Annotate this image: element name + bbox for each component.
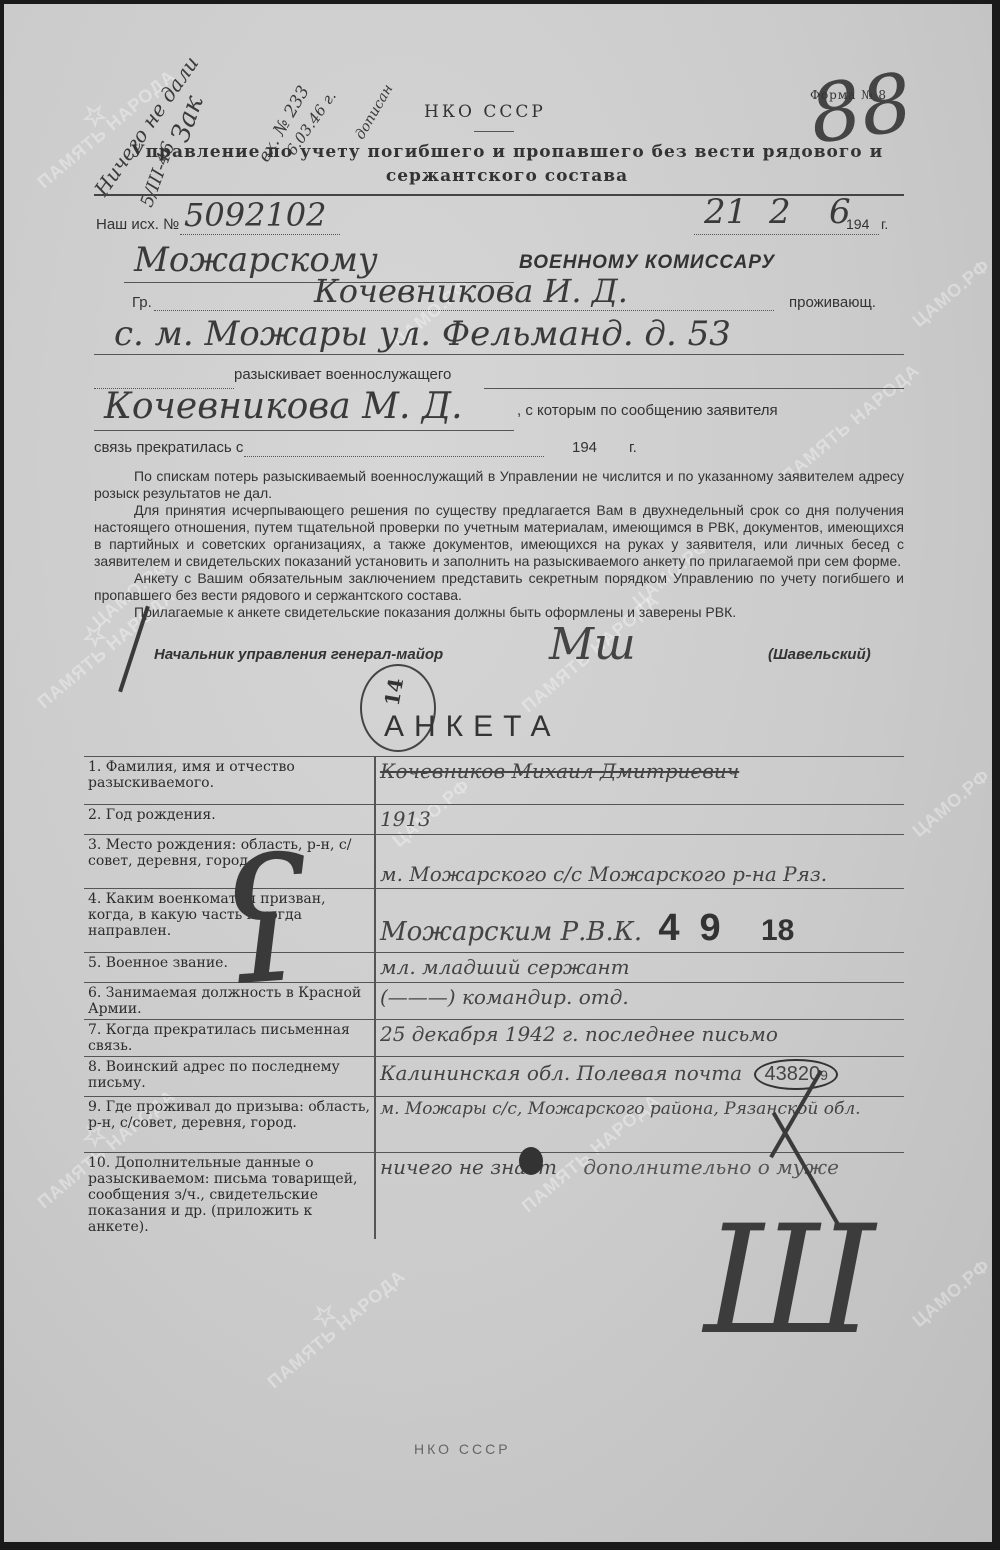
table-row: 6. Занимаемая должность в Красной Армии.… xyxy=(84,983,904,1020)
anketa-title: АНКЕТА xyxy=(384,710,561,744)
table-row: 5. Военное звание. мл. младший сержант xyxy=(84,953,904,983)
stamp-number: 14 xyxy=(380,676,408,708)
question-answer: мл. младший сержант xyxy=(375,953,904,983)
question-answer: 25 декабря 1942 г. последнее письмо xyxy=(375,1020,904,1057)
watermark-pamyat: ПАМЯТЬ НАРОДА xyxy=(778,360,922,485)
citizen-label: Гр. xyxy=(132,294,152,311)
stamp-digits: 49 xyxy=(658,907,740,949)
footer-stamp: НКО СССР xyxy=(414,1441,511,1457)
searching-label: разыскивает военнослужащего xyxy=(234,366,451,383)
question-label: 10. Дополнительные данные о разыскиваемо… xyxy=(84,1153,375,1239)
document-page: ☆ПАМЯТЬ НАРОДА ☆ПАМЯТЬ НАРОДА ☆ПАМЯТЬ НА… xyxy=(4,4,992,1542)
divider xyxy=(474,131,514,132)
contact-lost-year: 194 xyxy=(572,439,597,456)
citizen-name: Кочевникова И. Д. xyxy=(314,272,628,310)
department-name-2: сержантского состава xyxy=(102,166,912,186)
signature-name: (Шавельский) xyxy=(768,646,871,663)
field-line xyxy=(180,234,340,235)
watermark-tsamo: ЦАМО.РФ xyxy=(909,766,993,840)
department-name: Управление по учету погибшего и пропавше… xyxy=(102,142,912,162)
field-line xyxy=(484,388,904,389)
table-row: 4. Каким военкоматом призван, когда, в к… xyxy=(84,889,904,953)
date-day: 21 xyxy=(704,192,747,232)
date-month: 2 xyxy=(769,192,791,232)
watermark-tsamo: ЦАМО.РФ xyxy=(909,256,993,330)
question-answer: 1913 xyxy=(375,805,904,835)
soldier-name: Кочевникова М. Д. xyxy=(104,386,463,427)
star-icon: ☆ xyxy=(253,1253,397,1378)
table-row: 2. Год рождения. 1913 xyxy=(84,805,904,835)
contact-lost-label: связь прекратилась с xyxy=(94,439,243,456)
body-text: По спискам потерь разыскиваемый военносл… xyxy=(94,468,904,621)
stamp-suffix: 18 xyxy=(761,914,794,947)
table-row: 1. Фамилия, имя и отчество разыскиваемог… xyxy=(84,757,904,805)
contact-lost-suffix: г. xyxy=(629,439,637,456)
signature-initials: Ш xyxy=(704,1194,867,1368)
table-row: 8. Воинский адрес по последнему письму. … xyxy=(84,1057,904,1097)
margin-note: дописан xyxy=(352,82,396,143)
question-label: 8. Воинский адрес по последнему письму. xyxy=(84,1057,375,1097)
outgoing-number: 5092102 xyxy=(184,196,327,234)
question-label: 7. Когда прекратилась письменная связь. xyxy=(84,1020,375,1057)
field-line xyxy=(694,234,879,235)
question-answer: м. Можарского с/с Можарского р-на Ряз. xyxy=(375,835,904,889)
signature-title: Начальник управления генерал-майор xyxy=(154,646,443,663)
signature-scrawl: Мш xyxy=(549,619,636,670)
paragraph: Прилагаемые к анкете свидетельские показ… xyxy=(94,604,904,621)
field-line xyxy=(94,430,514,431)
question-answer: Калининская обл. Полевая почта 438209 xyxy=(375,1057,904,1097)
addressee-printed: ВОЕННОМУ КОМИССАРУ xyxy=(519,252,775,274)
table-row: 7. Когда прекратилась письменная связь. … xyxy=(84,1020,904,1057)
paragraph: Анкету с Вашим обязательным заключением … xyxy=(94,570,904,604)
field-line xyxy=(94,354,904,355)
ink-blot xyxy=(519,1147,543,1175)
question-label: 1. Фамилия, имя и отчество разыскиваемог… xyxy=(84,757,375,805)
watermark-tsamo: ЦАМО.РФ xyxy=(909,1256,993,1330)
field-post-number: 438209 xyxy=(754,1059,837,1090)
question-answer: Кочевников Михаил Дмитриевич xyxy=(375,757,904,805)
org-name: НКО СССР xyxy=(424,102,546,122)
date-year-prefix: 194 xyxy=(846,216,869,232)
date-suffix: г. xyxy=(881,216,888,232)
questionnaire-table: 1. Фамилия, имя и отчество разыскиваемог… xyxy=(84,756,904,1239)
paragraph: По спискам потерь разыскиваемый военносл… xyxy=(94,468,904,502)
paragraph: Для принятия исчерпывающего решения по с… xyxy=(94,502,904,570)
outgoing-label: Наш исх. № xyxy=(96,216,179,233)
field-line xyxy=(244,456,544,457)
question-answer: Можарским Р.В.К. 49 18 xyxy=(375,889,904,953)
answer-text: Можарским Р.В.К. xyxy=(380,917,642,947)
form-number: Форма № 8 xyxy=(810,88,887,102)
field-line xyxy=(154,310,774,311)
table-row: 3. Место рождения: область, р-н, с/совет… xyxy=(84,835,904,889)
question-answer: м. Можары с/с, Можарского района, Рязанс… xyxy=(375,1097,904,1153)
residing-label: проживающ. xyxy=(789,294,876,311)
question-answer: (———) командир. отд. xyxy=(375,983,904,1020)
question-label: 9. Где проживал до призыва: область, р-н… xyxy=(84,1097,375,1153)
answer-text: Калининская обл. Полевая почта xyxy=(380,1061,742,1085)
contact-text: , с которым по сообщению заявителя xyxy=(517,402,778,419)
pencil-mark: ʕ xyxy=(212,821,317,1025)
address: с. м. Можары ул. Фельманд. д. 53 xyxy=(114,314,731,354)
watermark-pamyat: ☆ПАМЯТЬ НАРОДА xyxy=(253,1253,409,1392)
